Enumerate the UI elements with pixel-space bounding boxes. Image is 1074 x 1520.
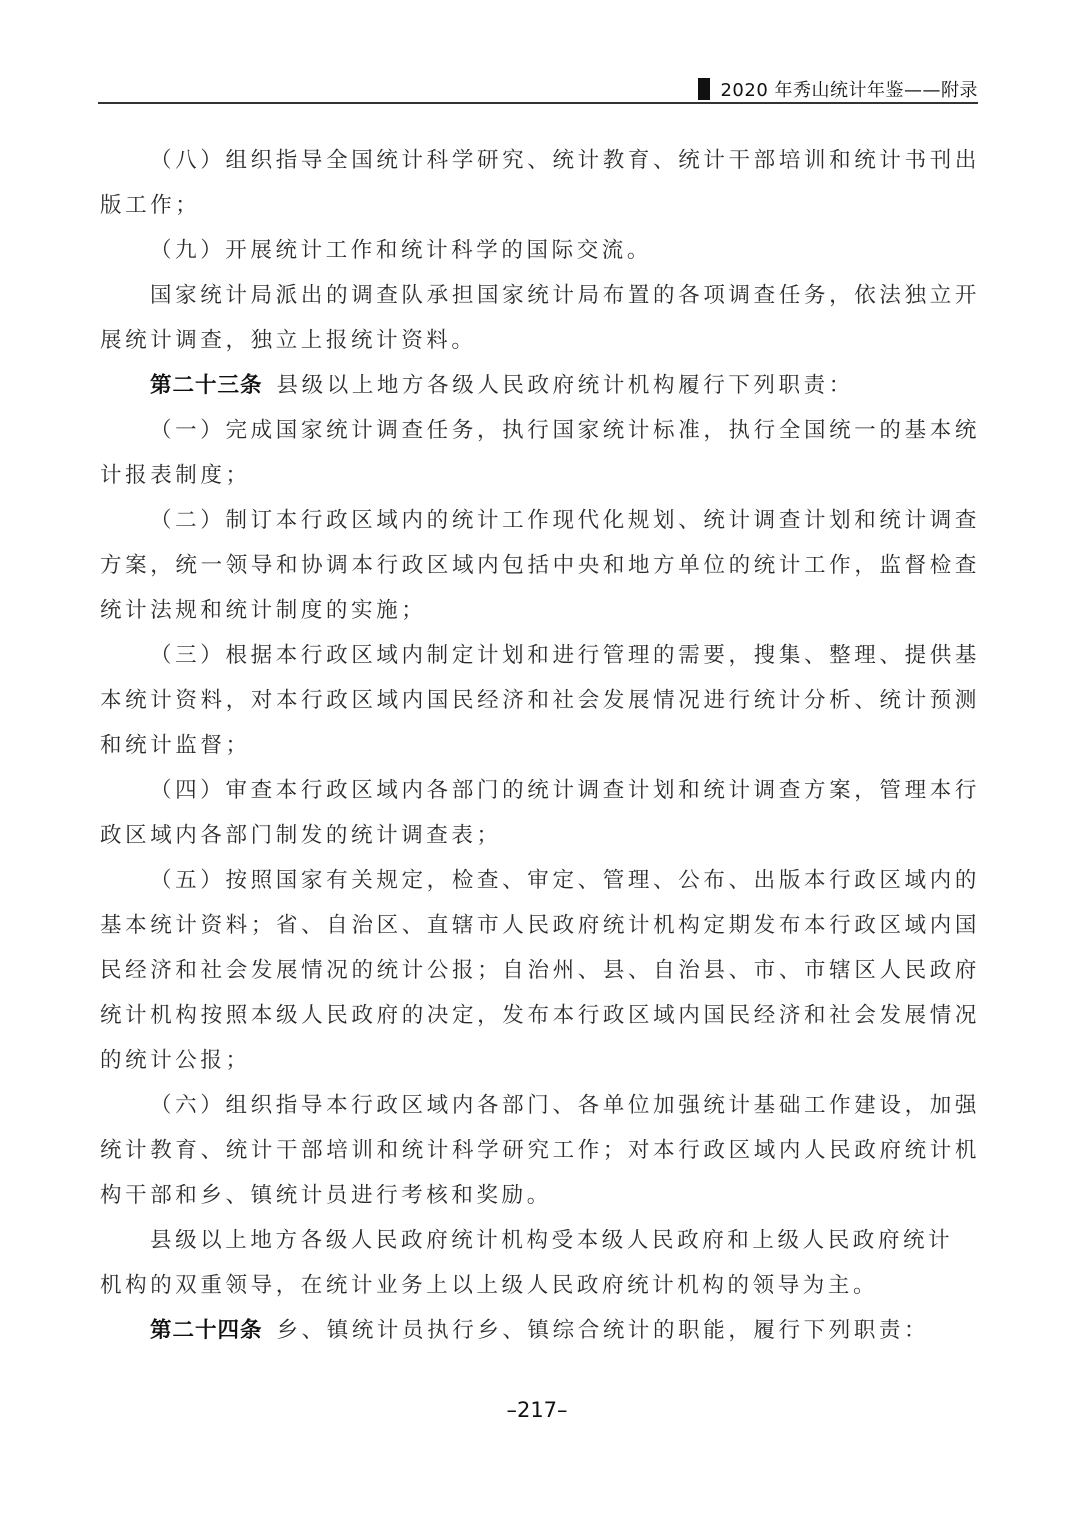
text-line: 计报表制度； (100, 461, 980, 491)
text-line: 县级以上地方各级人民政府统计机构受本级人民政府和上级人民政府统计 (150, 1226, 980, 1256)
running-header: 2020 年秀山统计年鉴——附录 (98, 76, 978, 104)
header-title: 2020 年秀山统计年鉴——附录 (720, 76, 978, 102)
text-line: （五）按照国家有关规定，检查、审定、管理、公布、出版本行政区域内的 (150, 866, 980, 896)
text-line: （一）完成国家统计调查任务，执行国家统计标准，执行全国统一的基本统 (150, 416, 980, 446)
text-line: 基本统计资料；省、自治区、直辖市人民政府统计机构定期发布本行政区域内国 (100, 911, 980, 941)
header-rule (98, 102, 978, 104)
page-number: –217– (0, 1398, 1074, 1422)
article-text: 乡、镇统计员执行乡、镇综合统计的职能，履行下列职责： (277, 1318, 930, 1343)
text-line: 方案，统一领导和协调本行政区域内包括中央和地方单位的统计工作，监督检查 (100, 551, 980, 581)
text-line: 统计机构按照本级人民政府的决定，发布本行政区域内国民经济和社会发展情况 (100, 1001, 980, 1031)
text-line: 构干部和乡、镇统计员进行考核和奖励。 (100, 1181, 980, 1211)
article-heading-24: 第二十四条乡、镇统计员执行乡、镇综合统计的职能，履行下列职责： (150, 1316, 980, 1346)
article-number: 第二十四条 (150, 1318, 263, 1343)
text-line: （八）组织指导全国统计科学研究、统计教育、统计干部培训和统计书刊出 (150, 146, 980, 176)
article-number: 第二十三条 (150, 373, 263, 398)
text-line: （六）组织指导本行政区域内各部门、各单位加强统计基础工作建设，加强 (150, 1091, 980, 1121)
text-line: 本统计资料，对本行政区域内国民经济和社会发展情况进行统计分析、统计预测 (100, 686, 980, 716)
article-text: 县级以上地方各级人民政府统计机构履行下列职责： (277, 373, 854, 398)
text-line: 统计教育、统计干部培训和统计科学研究工作；对本行政区域内人民政府统计机 (100, 1136, 980, 1166)
text-line: 展统计调查，独立上报统计资料。 (100, 326, 980, 356)
text-line: （三）根据本行政区域内制定计划和进行管理的需要，搜集、整理、提供基 (150, 641, 980, 671)
text-line: 统计法规和统计制度的实施； (100, 596, 980, 626)
text-line: （二）制订本行政区域内的统计工作现代化规划、统计调查计划和统计调查 (150, 506, 980, 536)
text-line: 政区域内各部门制发的统计调查表； (100, 821, 980, 851)
text-line: 的统计公报； (100, 1046, 980, 1076)
text-line: 版工作； (100, 191, 980, 221)
text-line: 民经济和社会发展情况的统计公报；自治州、县、自治县、市、市辖区人民政府 (100, 956, 980, 986)
article-heading-23: 第二十三条县级以上地方各级人民政府统计机构履行下列职责： (150, 371, 980, 401)
text-line: （九）开展统计工作和统计科学的国际交流。 (150, 236, 980, 266)
text-line: 和统计监督； (100, 731, 980, 761)
text-line: 机构的双重领导，在统计业务上以上级人民政府统计机构的领导为主。 (100, 1271, 980, 1301)
header-title-wrap: 2020 年秀山统计年鉴——附录 (698, 76, 978, 102)
text-line: 国家统计局派出的调查队承担国家统计局布置的各项调查任务，依法独立开 (150, 281, 980, 311)
header-block-marker (698, 78, 710, 100)
text-line: （四）审查本行政区域内各部门的统计调查计划和统计调查方案，管理本行 (150, 776, 980, 806)
